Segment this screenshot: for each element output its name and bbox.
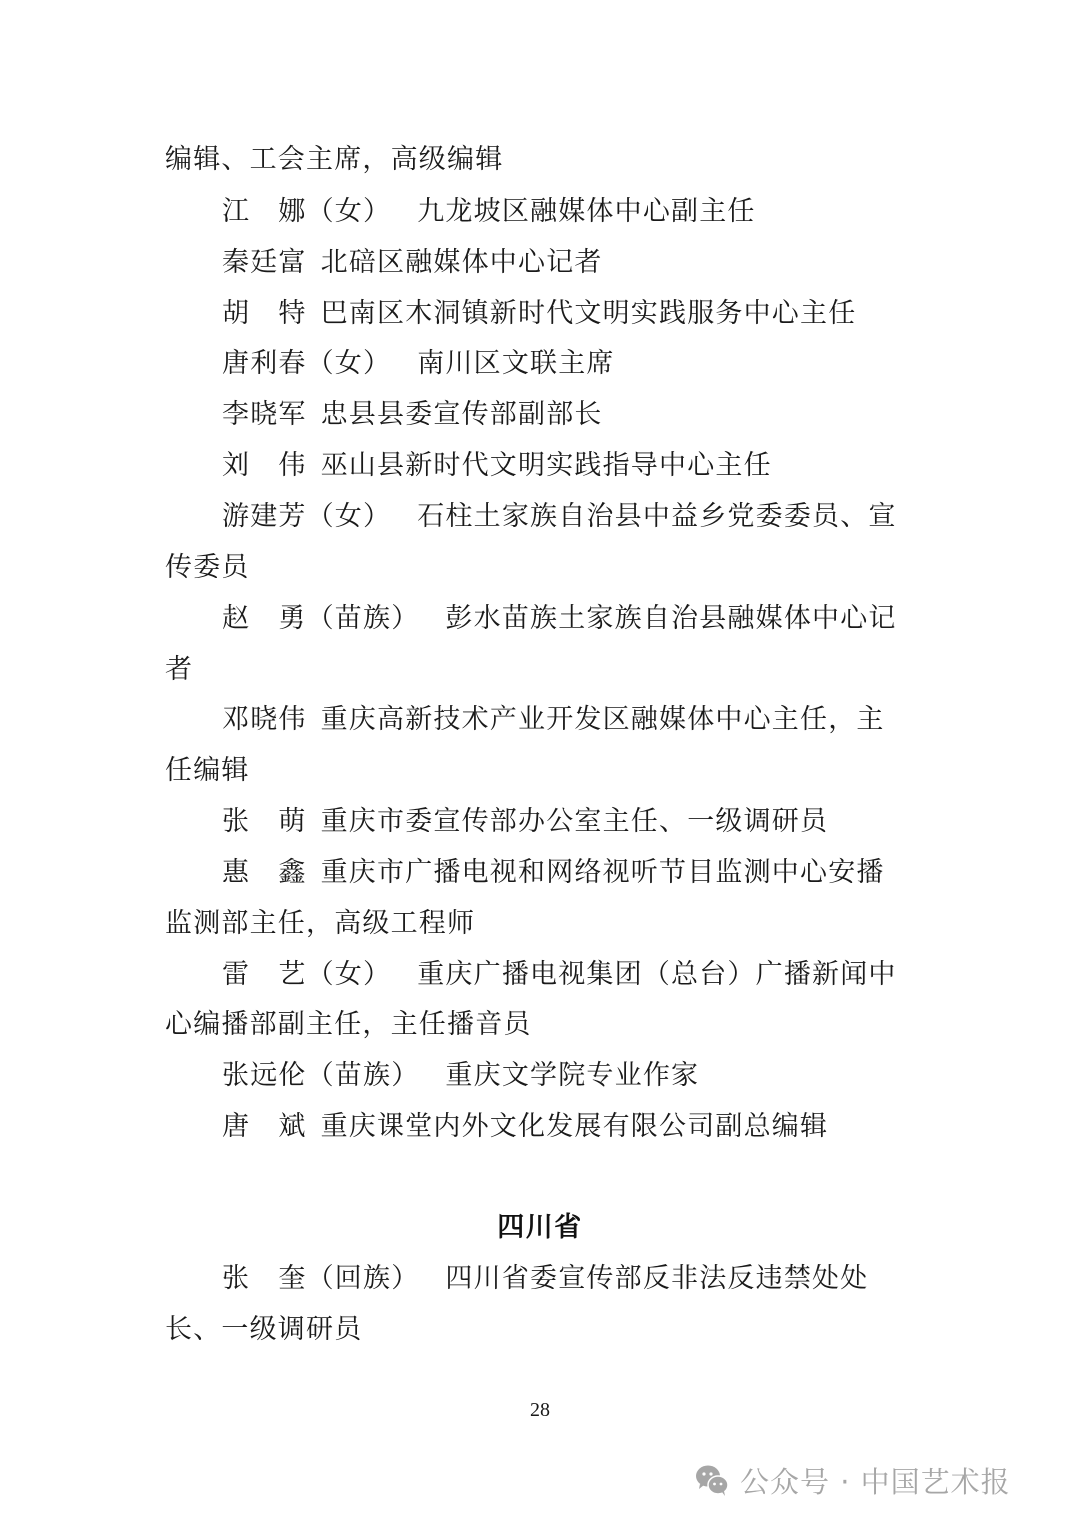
line-text: 长、一级调研员: [165, 1314, 362, 1345]
member-entry: 邓晓伟重庆高新技术产业开发区融媒体中心主任，主: [222, 703, 885, 737]
member-role: 南川区文联主席: [417, 347, 614, 381]
member-entry: 刘 伟巫山县新时代文明实践指导中心主任: [222, 449, 772, 483]
member-entry: 江 娜（女）九龙坡区融媒体中心副主任: [222, 195, 756, 229]
line-text: 任编辑: [165, 755, 250, 786]
member-entry: 李晓军忠县县委宣传部副部长: [222, 398, 603, 432]
member-entry: 游建芳（女）石柱土家族自治县中益乡党委委员、宣: [222, 500, 897, 534]
line-text: 监测部主任，高级工程师: [165, 908, 475, 939]
continuation-line: 心编播部副主任，主任播音员: [165, 1008, 532, 1042]
line-text: 者: [165, 654, 193, 685]
member-name: 游建芳: [222, 500, 307, 534]
member-note: （女）: [307, 500, 392, 534]
member-name: 唐 斌: [222, 1110, 307, 1144]
member-entry: 唐利春（女）南川区文联主席: [222, 347, 615, 381]
member-role: 重庆市委宣传部办公室主任、一级调研员: [321, 805, 829, 839]
member-name: 江 娜: [222, 195, 307, 229]
member-name: 李晓军: [222, 398, 307, 432]
member-name: 胡 特: [222, 297, 307, 331]
page-number: 28: [0, 1399, 1080, 1422]
member-name: 张 萌: [222, 805, 307, 839]
member-entry: 秦廷富北碚区融媒体中心记者: [222, 246, 603, 280]
member-role: 巫山县新时代文明实践指导中心主任: [321, 449, 772, 483]
line-text: 心编播部副主任，主任播音员: [165, 1009, 532, 1040]
member-name: 雷 艺: [222, 958, 307, 992]
member-entry: 唐 斌重庆课堂内外文化发展有限公司副总编辑: [222, 1110, 828, 1144]
member-entry: 张 奎（回族）四川省委宣传部反非法反违禁处处: [222, 1262, 868, 1296]
document-page: 编辑、工会主席，高级编辑 江 娜（女）九龙坡区融媒体中心副主任 秦廷富北碚区融媒…: [0, 0, 1080, 1526]
member-note: （苗族）: [307, 602, 420, 636]
continuation-line: 任编辑: [165, 754, 250, 788]
member-name: 赵 勇: [222, 602, 307, 636]
member-note: （回族）: [307, 1262, 420, 1296]
member-entry: 赵 勇（苗族）彭水苗族土家族自治县融媒体中心记: [222, 602, 897, 636]
member-name: 邓晓伟: [222, 703, 307, 737]
member-role: 重庆高新技术产业开发区融媒体中心主任，主: [321, 703, 885, 737]
member-role: 石柱土家族自治县中益乡党委委员、宣: [417, 500, 896, 534]
member-role: 重庆广播电视集团（总台）广播新闻中: [417, 958, 896, 992]
member-entry: 张 萌重庆市委宣传部办公室主任、一级调研员: [222, 805, 828, 839]
member-name: 秦廷富: [222, 246, 307, 280]
line-text: 传委员: [165, 552, 250, 583]
member-name: 刘 伟: [222, 449, 307, 483]
wechat-icon: [694, 1462, 730, 1498]
member-role: 四川省委宣传部反非法反违禁处处: [445, 1262, 868, 1296]
member-role: 巴南区木洞镇新时代文明实践服务中心主任: [321, 297, 857, 331]
member-role: 彭水苗族土家族自治县融媒体中心记: [445, 602, 896, 636]
wechat-watermark: 公众号 · 中国艺术报: [694, 1458, 1011, 1502]
member-role: 重庆市广播电视和网络视听节目监测中心安播: [321, 856, 885, 890]
continuation-line: 编辑、工会主席，高级编辑: [165, 143, 503, 177]
continuation-line: 传委员: [165, 551, 250, 585]
member-entry: 胡 特巴南区木洞镇新时代文明实践服务中心主任: [222, 297, 856, 331]
member-note: （女）: [307, 347, 392, 381]
member-role: 重庆课堂内外文化发展有限公司副总编辑: [321, 1110, 829, 1144]
watermark-text: 公众号 · 中国艺术报: [740, 1460, 1011, 1501]
member-name: 惠 鑫: [222, 856, 307, 890]
continuation-line: 者: [165, 653, 193, 687]
member-role: 九龙坡区融媒体中心副主任: [417, 195, 755, 229]
member-name: 张 奎: [222, 1262, 307, 1296]
member-entry: 张远伦（苗族）重庆文学院专业作家: [222, 1059, 699, 1093]
member-note: （女）: [307, 195, 392, 229]
continuation-line: 长、一级调研员: [165, 1313, 362, 1347]
continuation-line: 监测部主任，高级工程师: [165, 907, 475, 941]
member-entry: 雷 艺（女）重庆广播电视集团（总台）广播新闻中: [222, 958, 897, 992]
member-role: 北碚区融媒体中心记者: [321, 246, 603, 280]
member-note: （苗族）: [307, 1059, 420, 1093]
member-name: 张远伦: [222, 1059, 307, 1093]
section-heading-sichuan: 四川省: [0, 1211, 1080, 1245]
member-entry: 惠 鑫重庆市广播电视和网络视听节目监测中心安播: [222, 856, 885, 890]
member-role: 重庆文学院专业作家: [445, 1059, 699, 1093]
member-name: 唐利春: [222, 347, 307, 381]
member-role: 忠县县委宣传部副部长: [321, 398, 603, 432]
member-note: （女）: [307, 958, 392, 992]
line-text: 编辑、工会主席，高级编辑: [165, 144, 503, 175]
